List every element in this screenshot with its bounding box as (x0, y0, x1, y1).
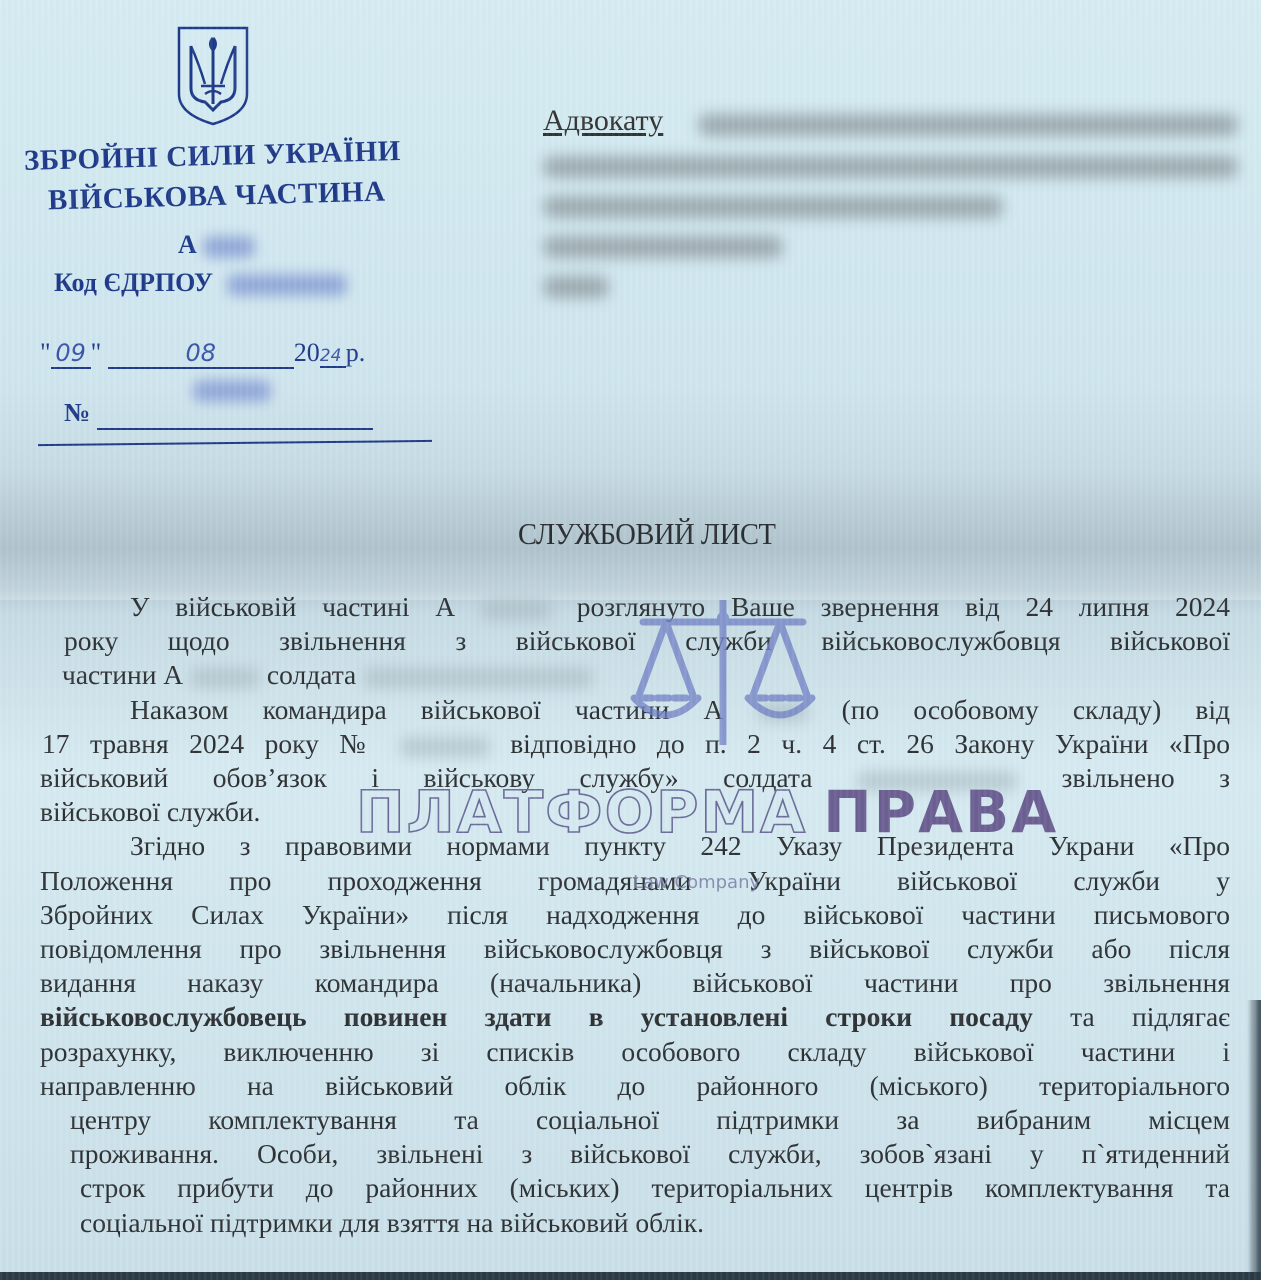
org-name-line-2: ВІЙСЬКОВА ЧАСТИНА (48, 176, 386, 218)
redacted-recipient-address (543, 196, 1003, 218)
date-year-unit: р. (346, 338, 366, 367)
redacted-recipient-phone (543, 236, 783, 258)
recipient-block: Адвокату (543, 104, 1243, 138)
date-month: 08 (108, 339, 294, 369)
edrpou-label: Код ЄДРПОУ (54, 268, 213, 297)
redacted (190, 668, 260, 688)
recipient-label: Адвокату (543, 104, 663, 137)
p3-line-10: проживання. Особи, звільнені з військово… (40, 1137, 1230, 1171)
quote-open: " (40, 338, 51, 367)
trident-emblem-icon (175, 24, 251, 128)
text: та підлягає (1033, 1001, 1230, 1032)
watermark-subtitle: Law Company (633, 872, 760, 893)
unit-prefix: А (178, 230, 197, 259)
redacted-recipient-line-2 (543, 156, 1238, 178)
number-label: № (64, 398, 90, 427)
photo-bottom-edge (0, 1272, 1261, 1280)
redacted-soldier-name (363, 668, 593, 688)
date-day: 09 (51, 339, 91, 369)
bold-text: військовослужбовець повинен здати в уста… (40, 1001, 1033, 1032)
letter-date: "09" 082024р. (40, 338, 365, 369)
photo-edge-shadow (1247, 1000, 1261, 1280)
unit-number: А (178, 230, 255, 260)
header-divider (38, 440, 432, 446)
letter-number: № (64, 398, 373, 430)
date-year-suffix: 24 (320, 346, 346, 368)
p3-line-7: розрахунку, виключенню зі списків особов… (40, 1035, 1230, 1069)
redacted-edrpou (227, 274, 347, 296)
edrpou-code: Код ЄДРПОУ (54, 268, 347, 298)
p3-line-8: направленню на військовий облік до район… (40, 1069, 1230, 1103)
watermark-logo: ПЛАТФОРМАПРАВА (356, 778, 1058, 846)
text: частини А (62, 659, 183, 690)
text: У військовій частині А (130, 591, 455, 622)
watermark-word-solid: ПРАВА (823, 778, 1058, 846)
redacted (481, 600, 551, 620)
number-field (97, 398, 373, 430)
watermark-word-outline: ПЛАТФОРМА (356, 778, 807, 846)
redacted-recipient-zip (543, 276, 609, 298)
p3-line-3: Збройних Силах України» після надходженн… (40, 898, 1230, 932)
quote-close: " (91, 338, 102, 367)
p3-line-9: центру комплектування та соціальної підт… (40, 1103, 1230, 1137)
p3-line-11: строк прибути до районних (міських) тери… (40, 1171, 1230, 1205)
p3-line-4: повідомлення про звільнення військовослу… (40, 932, 1230, 966)
redacted-number (193, 380, 271, 402)
text: 17 травня 2024 року № (42, 728, 379, 759)
redacted-unit-number (203, 236, 255, 258)
text: відповідно до п. 2 ч. 4 ст. 26 Закону Ук… (510, 728, 1230, 759)
text: звільнено з (1062, 762, 1231, 793)
document-title: СЛУЖБОВИЙ ЛИСТ (518, 516, 775, 552)
p3-line-6: військовослужбовець повинен здати в уста… (40, 1000, 1230, 1034)
redacted-recipient-name (698, 114, 1238, 136)
date-year-prefix: 20 (294, 338, 320, 367)
p3-line-12: соціальної підтримки для взяття на війсь… (40, 1206, 1230, 1240)
scales-of-justice-icon (628, 600, 818, 745)
text: (по особовому складу) від (842, 694, 1230, 725)
redacted-order-number (400, 737, 490, 757)
org-name-line-1: ЗБРОЙНІ СИЛИ УКРАЇНИ (24, 135, 402, 178)
letter-paper: ЗБРОЙНІ СИЛИ УКРАЇНИ ВІЙСЬКОВА ЧАСТИНА А… (0, 0, 1261, 1280)
text: солдата (267, 659, 356, 690)
p3-line-5: видання наказу командира (начальника) ві… (40, 966, 1230, 1000)
